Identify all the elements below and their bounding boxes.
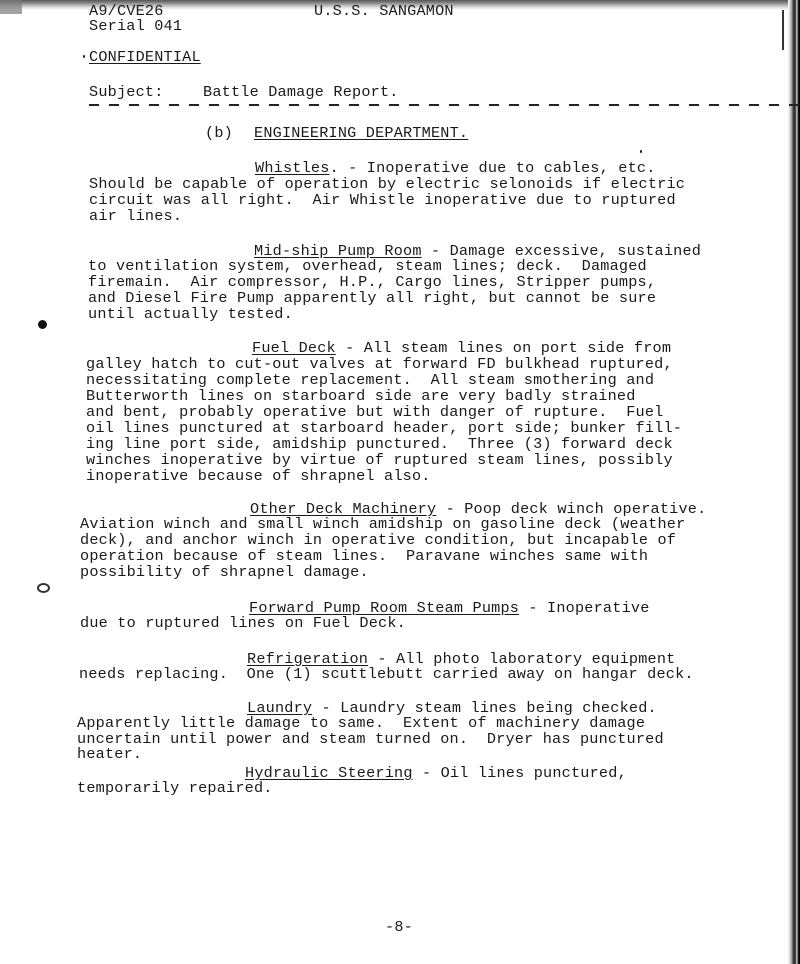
serial-number: Serial 041 <box>89 19 182 33</box>
ink-speck <box>640 150 642 153</box>
paragraph-line: galley hatch to cut-out valves at forwar… <box>86 357 673 371</box>
paragraph-line: possibility of shrapnel damage. <box>80 565 369 579</box>
paragraph-line: Aviation winch and small winch amidship … <box>80 517 685 531</box>
paragraph-line: and bent, probably operative but with da… <box>86 405 663 419</box>
page-number: -8- <box>385 920 413 934</box>
section-title: ENGINEERING DEPARTMENT. <box>254 126 468 140</box>
ink-spot <box>38 320 47 329</box>
paragraph-line: needs replacing. One (1) scuttlebutt car… <box>79 667 694 681</box>
paragraph-line: Apparently little damage to same. Extent… <box>77 716 645 730</box>
paragraph-line: firemain. Air compressor, H.P., Cargo li… <box>88 275 656 289</box>
subject-value: Battle Damage Report. <box>203 85 399 99</box>
paragraph-line: until actually tested. <box>88 307 293 321</box>
ink-smudge <box>37 583 50 593</box>
scan-edge-right <box>788 0 800 964</box>
paragraph-line: winches inoperative by virtue of rupture… <box>86 453 673 467</box>
paragraph-line: - Oil lines punctured, <box>413 764 627 782</box>
file-reference: A9/CVE26 <box>89 4 164 18</box>
paragraph-line: circuit was all right. Air Whistle inope… <box>89 193 676 207</box>
ink-speck <box>83 55 85 58</box>
paragraph-line: oil lines punctured at starboard header,… <box>86 421 682 435</box>
ship-name: U.S.S. SANGAMON <box>314 4 454 18</box>
section-prefix: (b) <box>205 126 233 140</box>
paragraph-line: due to ruptured lines on Fuel Deck. <box>80 616 406 630</box>
subject-label: Subject: <box>89 85 164 99</box>
paragraph-line: ing line port side, amidship punctured. … <box>86 437 673 451</box>
paragraph-line: operation because of steam lines. Parava… <box>80 549 648 563</box>
paragraph-line: heater. <box>77 747 142 761</box>
scan-edge-line <box>782 10 784 50</box>
paragraph-line: uncertain until power and steam turned o… <box>77 732 664 746</box>
paragraph-line: Butterworth lines on starboard side are … <box>86 389 636 403</box>
paragraph-line: necessitating complete replacement. All … <box>86 373 654 387</box>
paragraph-line: - Inoperative <box>519 599 649 617</box>
paragraph-line: inoperative because of shrapnel also. <box>86 469 431 483</box>
paragraph-line: deck), and anchor winch in operative con… <box>80 533 676 547</box>
dashed-divider <box>89 104 799 106</box>
scan-corner-mark <box>0 0 22 14</box>
paragraph-line: Should be capable of operation by electr… <box>89 177 685 191</box>
paragraph-line: to ventilation system, overhead, steam l… <box>88 259 647 273</box>
document-page: A9/CVE26 U.S.S. SANGAMON Serial 041 CONF… <box>0 0 800 964</box>
paragraph-line: temporarily repaired. <box>77 781 273 795</box>
paragraph-line: and Diesel Fire Pump apparently all righ… <box>88 291 656 305</box>
paragraph-line: air lines. <box>89 209 182 223</box>
classification-label: CONFIDENTIAL <box>89 50 201 64</box>
